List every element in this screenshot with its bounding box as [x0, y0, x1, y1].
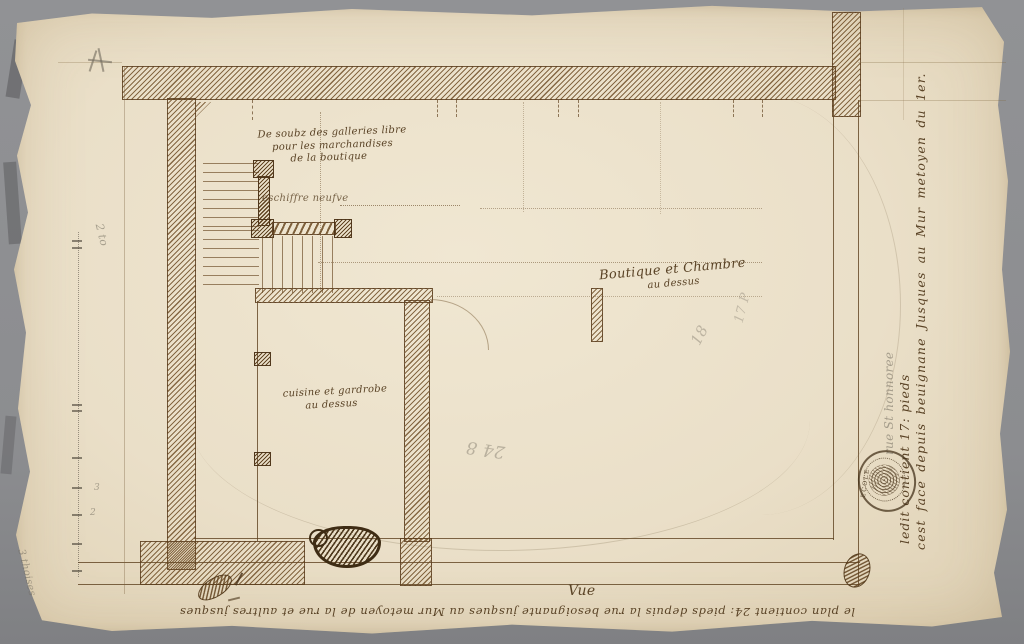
- paraph-stroke: [228, 597, 240, 602]
- joist-mark: [456, 100, 457, 117]
- wall-right-upper: [832, 12, 861, 117]
- scale-tick: [72, 570, 82, 572]
- scale-tick: [72, 543, 82, 545]
- scale-tick: [72, 410, 82, 412]
- scale-tick: [72, 514, 82, 516]
- floor-plan: De soubz des galleries libre pour les ma…: [0, 0, 1024, 644]
- gallery-note: De soubz des galleries libre pour les ma…: [257, 124, 407, 167]
- gallery-dotted-line-vertical: [523, 102, 524, 212]
- scale-label-top: 2 to: [92, 222, 111, 247]
- wall-left: [167, 98, 196, 570]
- scale-label-bottom: 3 thoises: [14, 548, 38, 598]
- scale-tick: [72, 487, 82, 489]
- scale-label-3: 3: [94, 483, 100, 494]
- joist-mark: [558, 100, 559, 117]
- wall-top: [122, 66, 836, 100]
- joist-mark: [578, 100, 579, 117]
- scale-label-2: 2: [90, 508, 96, 519]
- crease-line: [858, 62, 1006, 63]
- pencil-arc: [620, 95, 901, 515]
- stair-beam: [272, 222, 336, 235]
- pencil-scribble: [88, 48, 114, 74]
- scale-tick: [72, 240, 82, 242]
- stair-note: eschiffre neufve: [262, 193, 348, 206]
- joist-mark: [252, 100, 253, 120]
- well-basin-rim: [309, 529, 328, 547]
- bottom-note-flipped: le plan contient 24: pieds depuis la rue…: [295, 599, 855, 619]
- scale-tick: [72, 457, 82, 459]
- scale-tick: [72, 247, 82, 249]
- stair-mid-flight: [203, 230, 259, 292]
- stair-lower-flight: [262, 236, 342, 293]
- wall-corner-spur: [196, 102, 211, 117]
- wall-left-outer-line: [124, 66, 125, 594]
- stair-upper-flight: [203, 163, 259, 227]
- vue-label: Vue: [568, 583, 595, 601]
- scale-tick: [72, 404, 82, 406]
- scanned-manuscript-plan: { "colors": { "background": "#8f9093", "…: [0, 0, 1024, 644]
- joist-mark: [437, 100, 438, 117]
- gallery-dotted-line: [340, 205, 460, 206]
